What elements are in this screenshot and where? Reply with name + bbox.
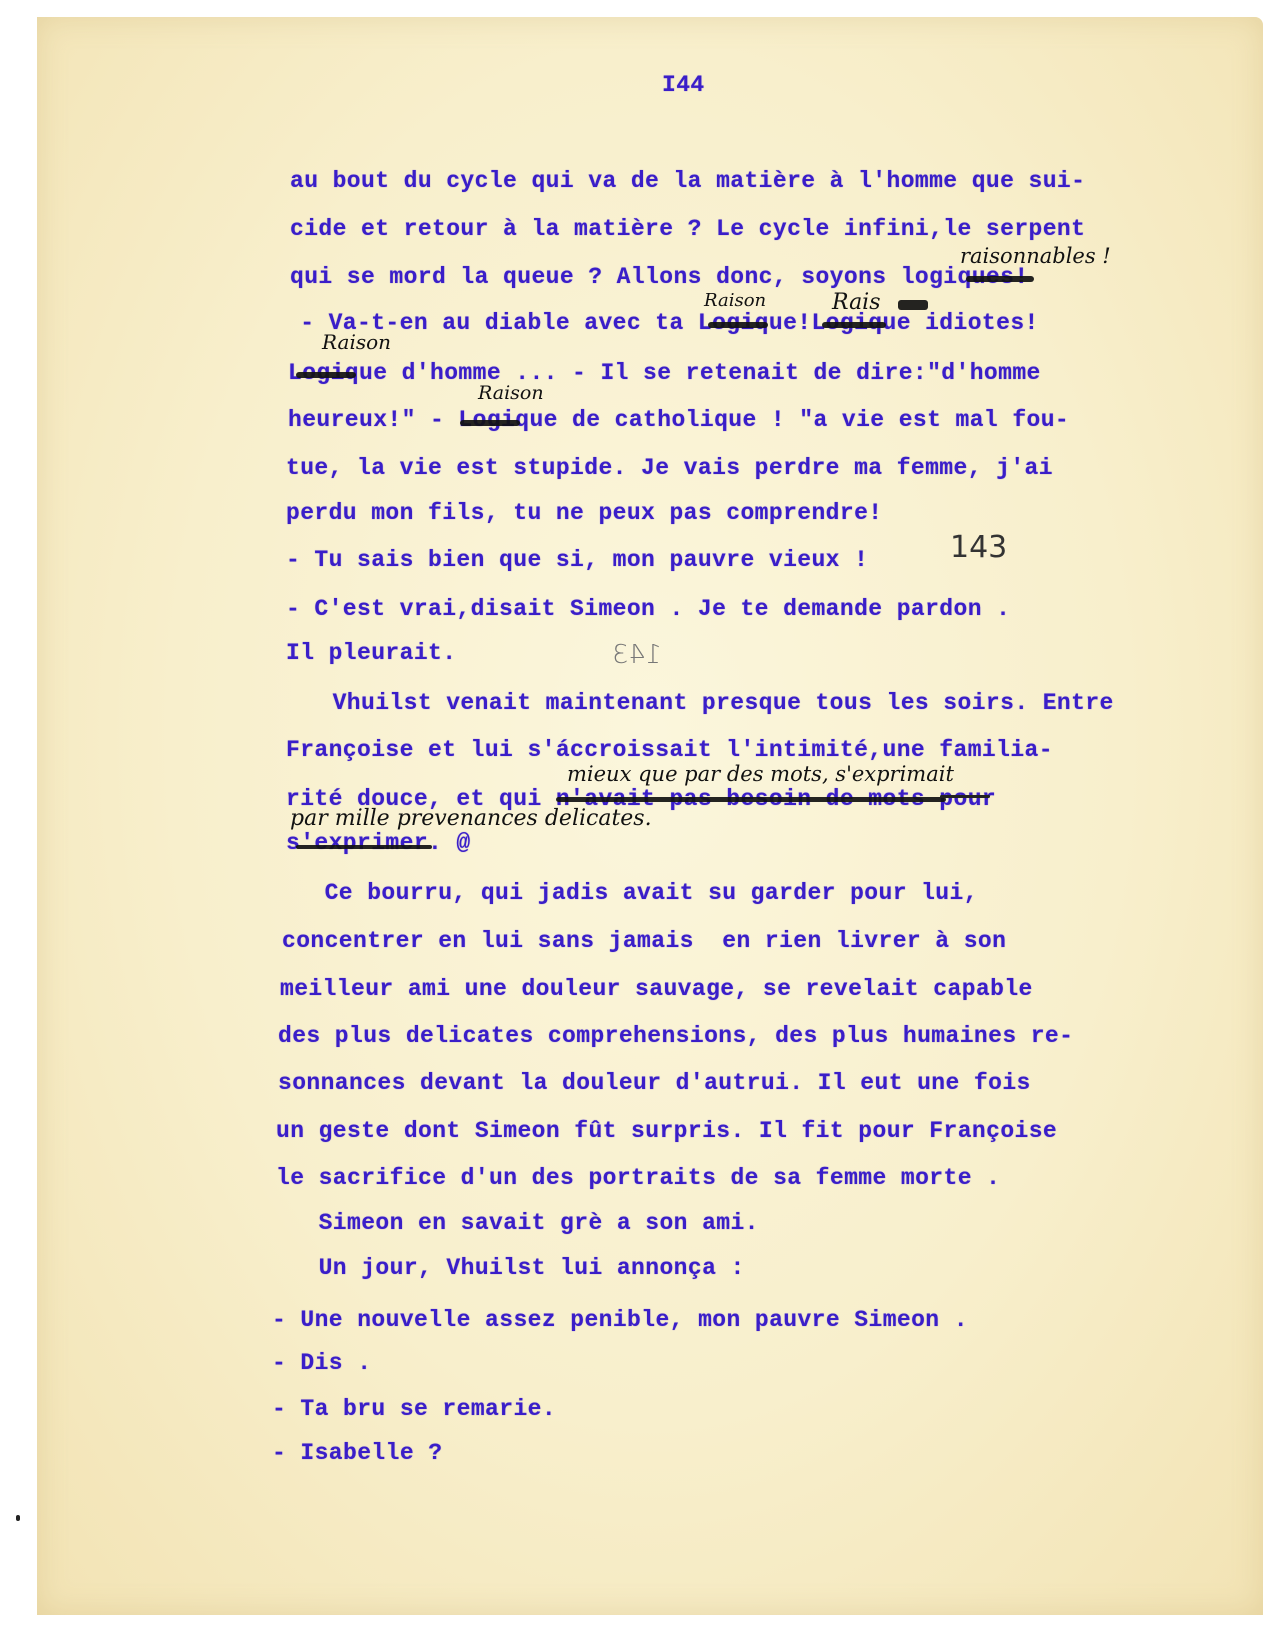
text-line: le sacrifice d'un des portraits de sa fe…: [276, 1165, 1000, 1191]
text-line: meilleur ami une douleur sauvage, se rev…: [280, 976, 1033, 1002]
text-line: perdu mon fils, tu ne peux pas comprendr…: [286, 500, 883, 526]
strikethrough-sexprimer: [296, 845, 432, 849]
strikethrough-logiques: [966, 276, 1034, 282]
text-line: - Va-t-en au diable avec ta Logique!Logi…: [286, 310, 1039, 336]
text-line: - Tu sais bien que si, mon pauvre vieux …: [286, 547, 868, 573]
text-line: qui se mord la queue ? Allons donc, soyo…: [290, 264, 1029, 290]
text-line: - Dis .: [272, 1350, 371, 1376]
strikethrough-logique-2: [822, 322, 886, 328]
text-line: Il pleurait.: [286, 640, 456, 666]
text-line: Ce bourru, qui jadis avait su garder pou…: [282, 880, 978, 906]
margin-speck: [16, 1515, 20, 1521]
text-line: Logique d'homme ... - Il se retenait de …: [288, 360, 1041, 386]
annotation-raison-3: Raison: [322, 330, 391, 354]
text-line: Un jour, Vhuilst lui annonça :: [276, 1255, 745, 1281]
text-line: heureux!" - Logique de catholique ! "a v…: [288, 407, 1069, 433]
text-line: des plus delicates comprehensions, des p…: [278, 1023, 1073, 1049]
text-line: Vhuilst venait maintenant presque tous l…: [290, 690, 1114, 716]
strikethrough-logique-4: [460, 420, 520, 426]
pencil-page-number: 143: [612, 640, 662, 670]
text-line: un geste dont Simeon fût surpris. Il fit…: [276, 1118, 1057, 1144]
annotation-raison-1: Raison: [704, 290, 766, 311]
strikethrough-navait-besoin: [556, 797, 946, 802]
text-line: sonnances devant la douleur d'autrui. Il…: [278, 1070, 1031, 1096]
annotation-insertion-line-1: mieux que par des mots, s'exprimait: [567, 762, 954, 786]
text-line: - Isabelle ?: [272, 1440, 442, 1466]
text-line: - Une nouvelle assez penible, mon pauvre…: [272, 1307, 968, 1333]
margin-page-number: 143: [950, 530, 1007, 565]
annotation-raison-2: Rais: [832, 290, 881, 315]
annotation-raison-4: Raison: [478, 382, 544, 404]
text-line: - C'est vrai,disait Simeon . Je te deman…: [286, 596, 1010, 622]
annotation-raisonnables: raisonnables !: [960, 244, 1111, 268]
text-line: cide et retour à la matière ? Le cycle i…: [290, 216, 1085, 242]
text-line: - Ta bru se remarie.: [272, 1396, 556, 1422]
page-number: I44: [662, 72, 705, 98]
strikethrough-logique-1: [708, 322, 768, 328]
strikethrough-logique-3: [296, 372, 356, 378]
text-line: Françoise et lui s'áccroissait l'intimit…: [286, 737, 1053, 763]
strikethrough-de-mots-pour: [940, 795, 990, 798]
text-line: tue, la vie est stupide. Je vais perdre …: [286, 455, 1053, 481]
annotation-insertion-line-2: par mille prevenances delicates.: [290, 806, 652, 831]
text-line: Simeon en savait grè a son ami.: [276, 1210, 759, 1236]
text-line: s'exprimer. @: [286, 830, 471, 856]
text-line: concentrer en lui sans jamais en rien li…: [282, 928, 1006, 954]
text-line: au bout du cycle qui va de la matière à …: [290, 168, 1085, 194]
strikethrough-on: [898, 300, 928, 310]
